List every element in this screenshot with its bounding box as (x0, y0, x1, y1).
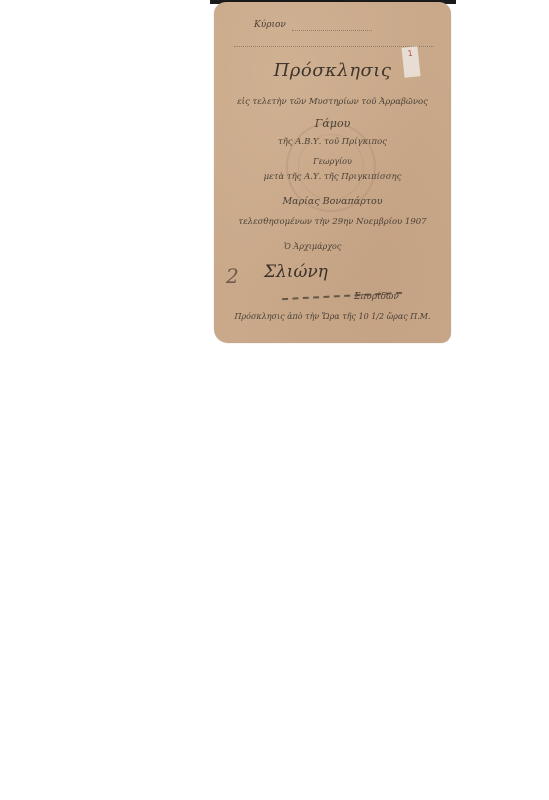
addressee-label: Κύριον (254, 20, 286, 30)
text-line-7: τελεσθησομένων τὴν 29ην Νοεμβρίου 1907 (214, 217, 451, 227)
margin-mark: 2 (226, 264, 239, 288)
document-title: Πρόσκλησις (214, 60, 451, 81)
invitation-card: Κύριον 1 Πρόσκλησις εἰς τελετὴν τῶν Μυστ… (214, 2, 451, 343)
footer-note: Πρόσκλησις ἀπὸ τὴν Ὥρα τῆς 10 1/2 ὥρας Π… (214, 312, 451, 321)
text-line-3: τῆς Α.Β.Υ. τοῦ Πρίγκιπος (214, 137, 451, 147)
text-line-4: Γεωργίου (214, 157, 451, 166)
addressee-dotted-line (292, 30, 372, 31)
signature: Σλιώνη (264, 262, 328, 282)
text-line-2: Γάμου (214, 117, 451, 130)
text-line-5: μετὰ τῆς Α.Υ. τῆς Πριγκιπίσσης (214, 172, 451, 182)
text-line-1: εἰς τελετὴν τῶν Μυστηρίων τοῦ Ἀρραβῶνος (214, 97, 451, 107)
text-line-6: Μαρίας Βοναπάρτου (214, 196, 451, 207)
text-line-8: Ὁ Ἀρχιμάρχος (284, 242, 341, 251)
signature-title: Σπυρίδων (354, 292, 399, 302)
